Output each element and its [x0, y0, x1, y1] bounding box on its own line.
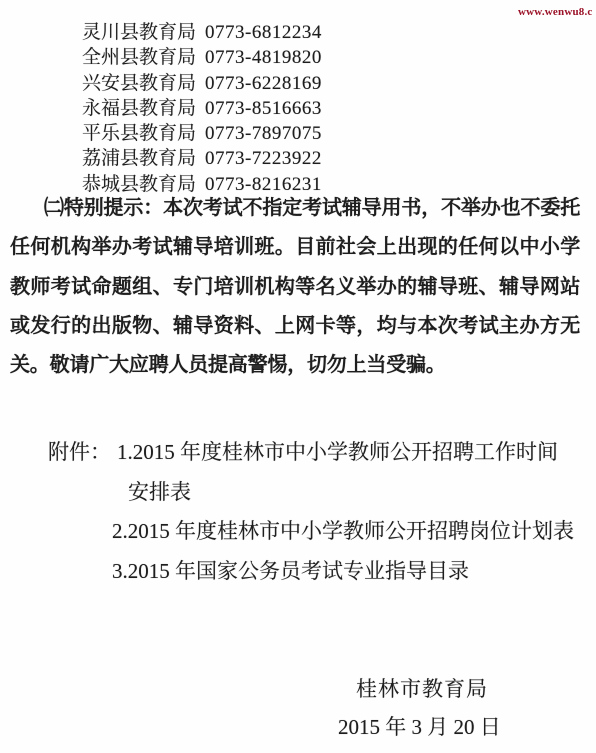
issue-date: 2015 年 3 月 20 日 [338, 711, 501, 741]
bureau-name: 平乐县教育局 [82, 123, 196, 144]
attachment-item-2: 2.2015 年度桂林市中小学教师公开招聘岗位计划表 [48, 512, 574, 552]
attachment-1-text-wrap: 安排表 [128, 480, 191, 504]
list-item: 平乐县教育局0773-7897075 [82, 121, 322, 146]
bureau-phone: 0773-7223922 [205, 148, 322, 169]
bureau-phone: 0773-4819820 [205, 47, 322, 68]
attachment-3-text: 3.2015 年国家公务员考试专业指导目录 [112, 559, 469, 583]
bureau-name: 兴安县教育局 [82, 73, 196, 94]
issuing-authority: 桂林市教育局 [356, 673, 488, 703]
bureau-phone: 0773-6228169 [205, 73, 322, 94]
list-item: 荔浦县教育局0773-7223922 [82, 146, 322, 171]
contact-phone-list: 灵川县教育局0773-6812234 全州县教育局0773-4819820 兴安… [82, 20, 322, 197]
attachment-1-continuation: 安排表 [48, 473, 574, 513]
special-notice-paragraph: ㈡特别提示：本次考试不指定考试辅导用书，不举办也不委托任何机构举办考试辅导培训班… [10, 189, 580, 385]
bureau-phone: 0773-7897075 [205, 123, 322, 144]
attachments-block: 附件：1.2015 年度桂林市中小学教师公开招聘工作时间 安排表 2.2015 … [48, 433, 574, 591]
list-item: 兴安县教育局0773-6228169 [82, 71, 322, 96]
list-item: 灵川县教育局0773-6812234 [82, 20, 322, 45]
bureau-name: 灵川县教育局 [82, 22, 196, 43]
bureau-phone: 0773-6812234 [205, 22, 322, 43]
site-watermark: www.wenwu8.c [518, 6, 593, 18]
attachment-item-3: 3.2015 年国家公务员考试专业指导目录 [48, 552, 574, 592]
attachments-label: 附件： [48, 440, 111, 464]
attachment-2-text: 2.2015 年度桂林市中小学教师公开招聘岗位计划表 [112, 519, 574, 543]
attachment-item-1: 附件：1.2015 年度桂林市中小学教师公开招聘工作时间 [48, 433, 574, 473]
bureau-name: 全州县教育局 [82, 47, 196, 68]
bureau-name: 荔浦县教育局 [82, 148, 196, 169]
scanned-notice-page: www.wenwu8.c 灵川县教育局0773-6812234 全州县教育局07… [0, 0, 596, 753]
list-item: 永福县教育局0773-8516663 [82, 96, 322, 121]
attachment-1-text: 1.2015 年度桂林市中小学教师公开招聘工作时间 [117, 440, 558, 464]
list-item: 全州县教育局0773-4819820 [82, 45, 322, 70]
bureau-phone: 0773-8516663 [205, 98, 322, 119]
bureau-name: 永福县教育局 [82, 98, 196, 119]
